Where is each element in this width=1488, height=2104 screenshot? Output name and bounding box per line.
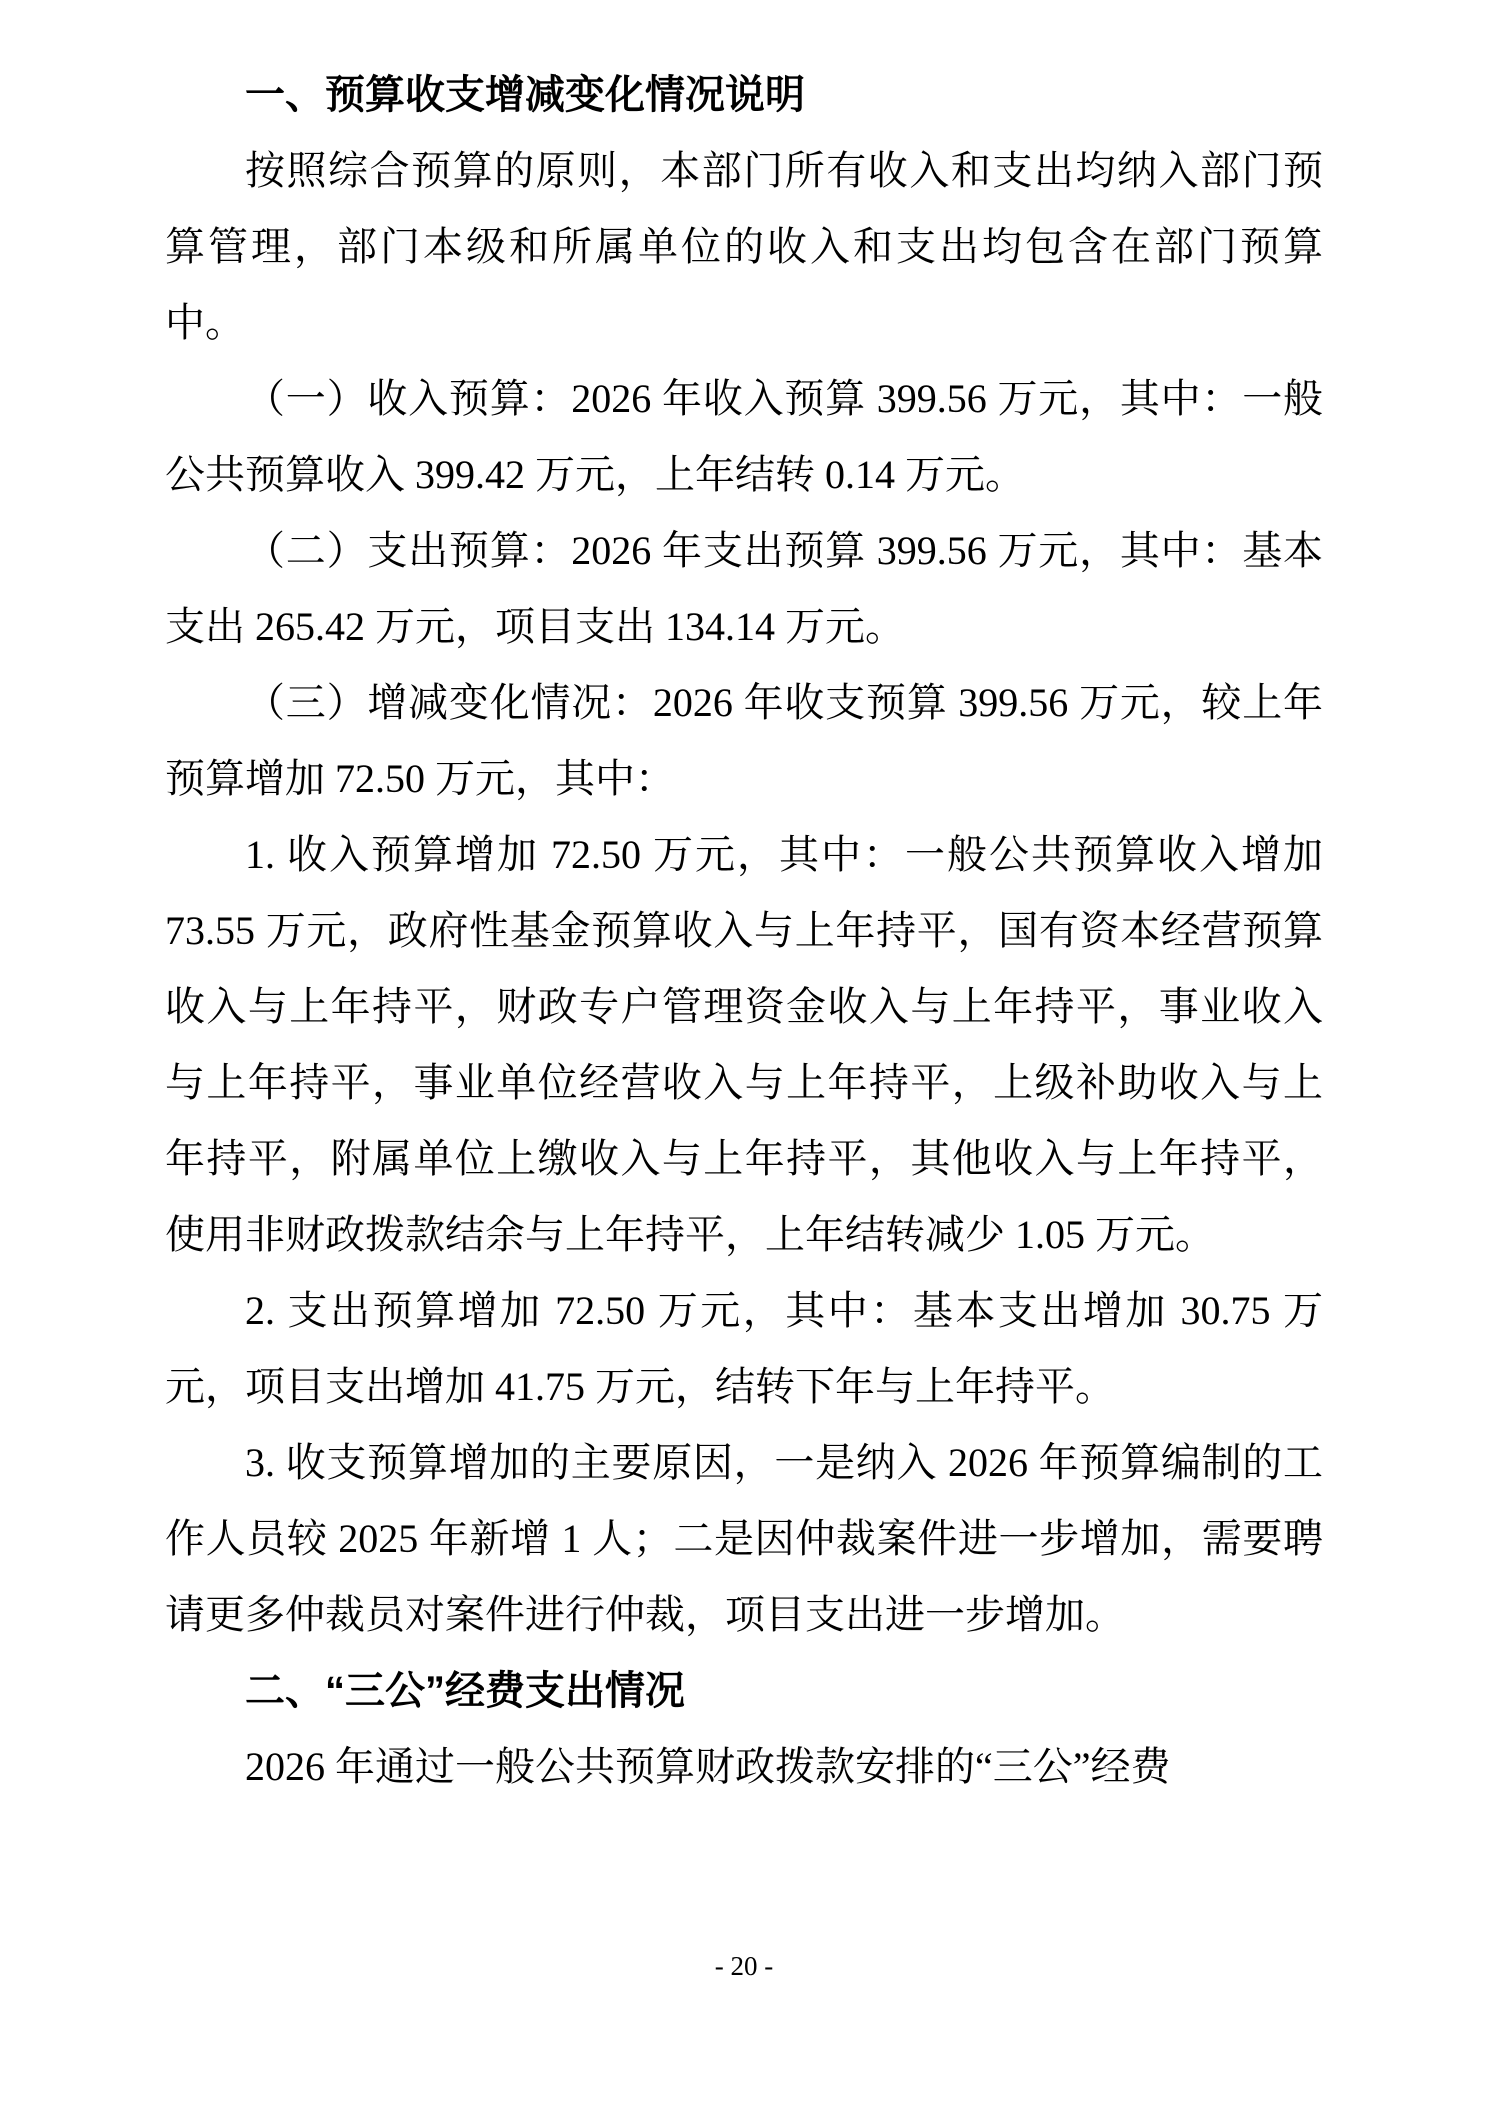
body-paragraph: 1. 收入预算增加 72.50 万元，其中：一般公共预算收入增加 73.55 万… [165, 817, 1323, 1273]
document-page: 一、预算收支增减变化情况说明按照综合预算的原则，本部门所有收入和支出均纳入部门预… [0, 0, 1488, 2104]
document-body: 一、预算收支增减变化情况说明按照综合预算的原则，本部门所有收入和支出均纳入部门预… [165, 57, 1323, 1805]
body-paragraph: （二）支出预算：2026 年支出预算 399.56 万元，其中：基本支出 265… [165, 513, 1323, 665]
page-number: - 20 - [0, 1946, 1488, 1986]
body-paragraph: 3. 收支预算增加的主要原因，一是纳入 2026 年预算编制的工作人员较 202… [165, 1425, 1323, 1653]
section-heading: 一、预算收支增减变化情况说明 [165, 57, 1323, 133]
body-paragraph: 按照综合预算的原则，本部门所有收入和支出均纳入部门预算管理，部门本级和所属单位的… [165, 133, 1323, 361]
body-paragraph: （三）增减变化情况：2026 年收支预算 399.56 万元，较上年预算增加 7… [165, 665, 1323, 817]
body-paragraph: 2. 支出预算增加 72.50 万元，其中：基本支出增加 30.75 万元，项目… [165, 1273, 1323, 1425]
section-heading: 二、“三公”经费支出情况 [165, 1653, 1323, 1729]
body-paragraph: （一）收入预算：2026 年收入预算 399.56 万元，其中：一般公共预算收入… [165, 361, 1323, 513]
body-paragraph: 2026 年通过一般公共预算财政拨款安排的“三公”经费 [165, 1729, 1323, 1805]
